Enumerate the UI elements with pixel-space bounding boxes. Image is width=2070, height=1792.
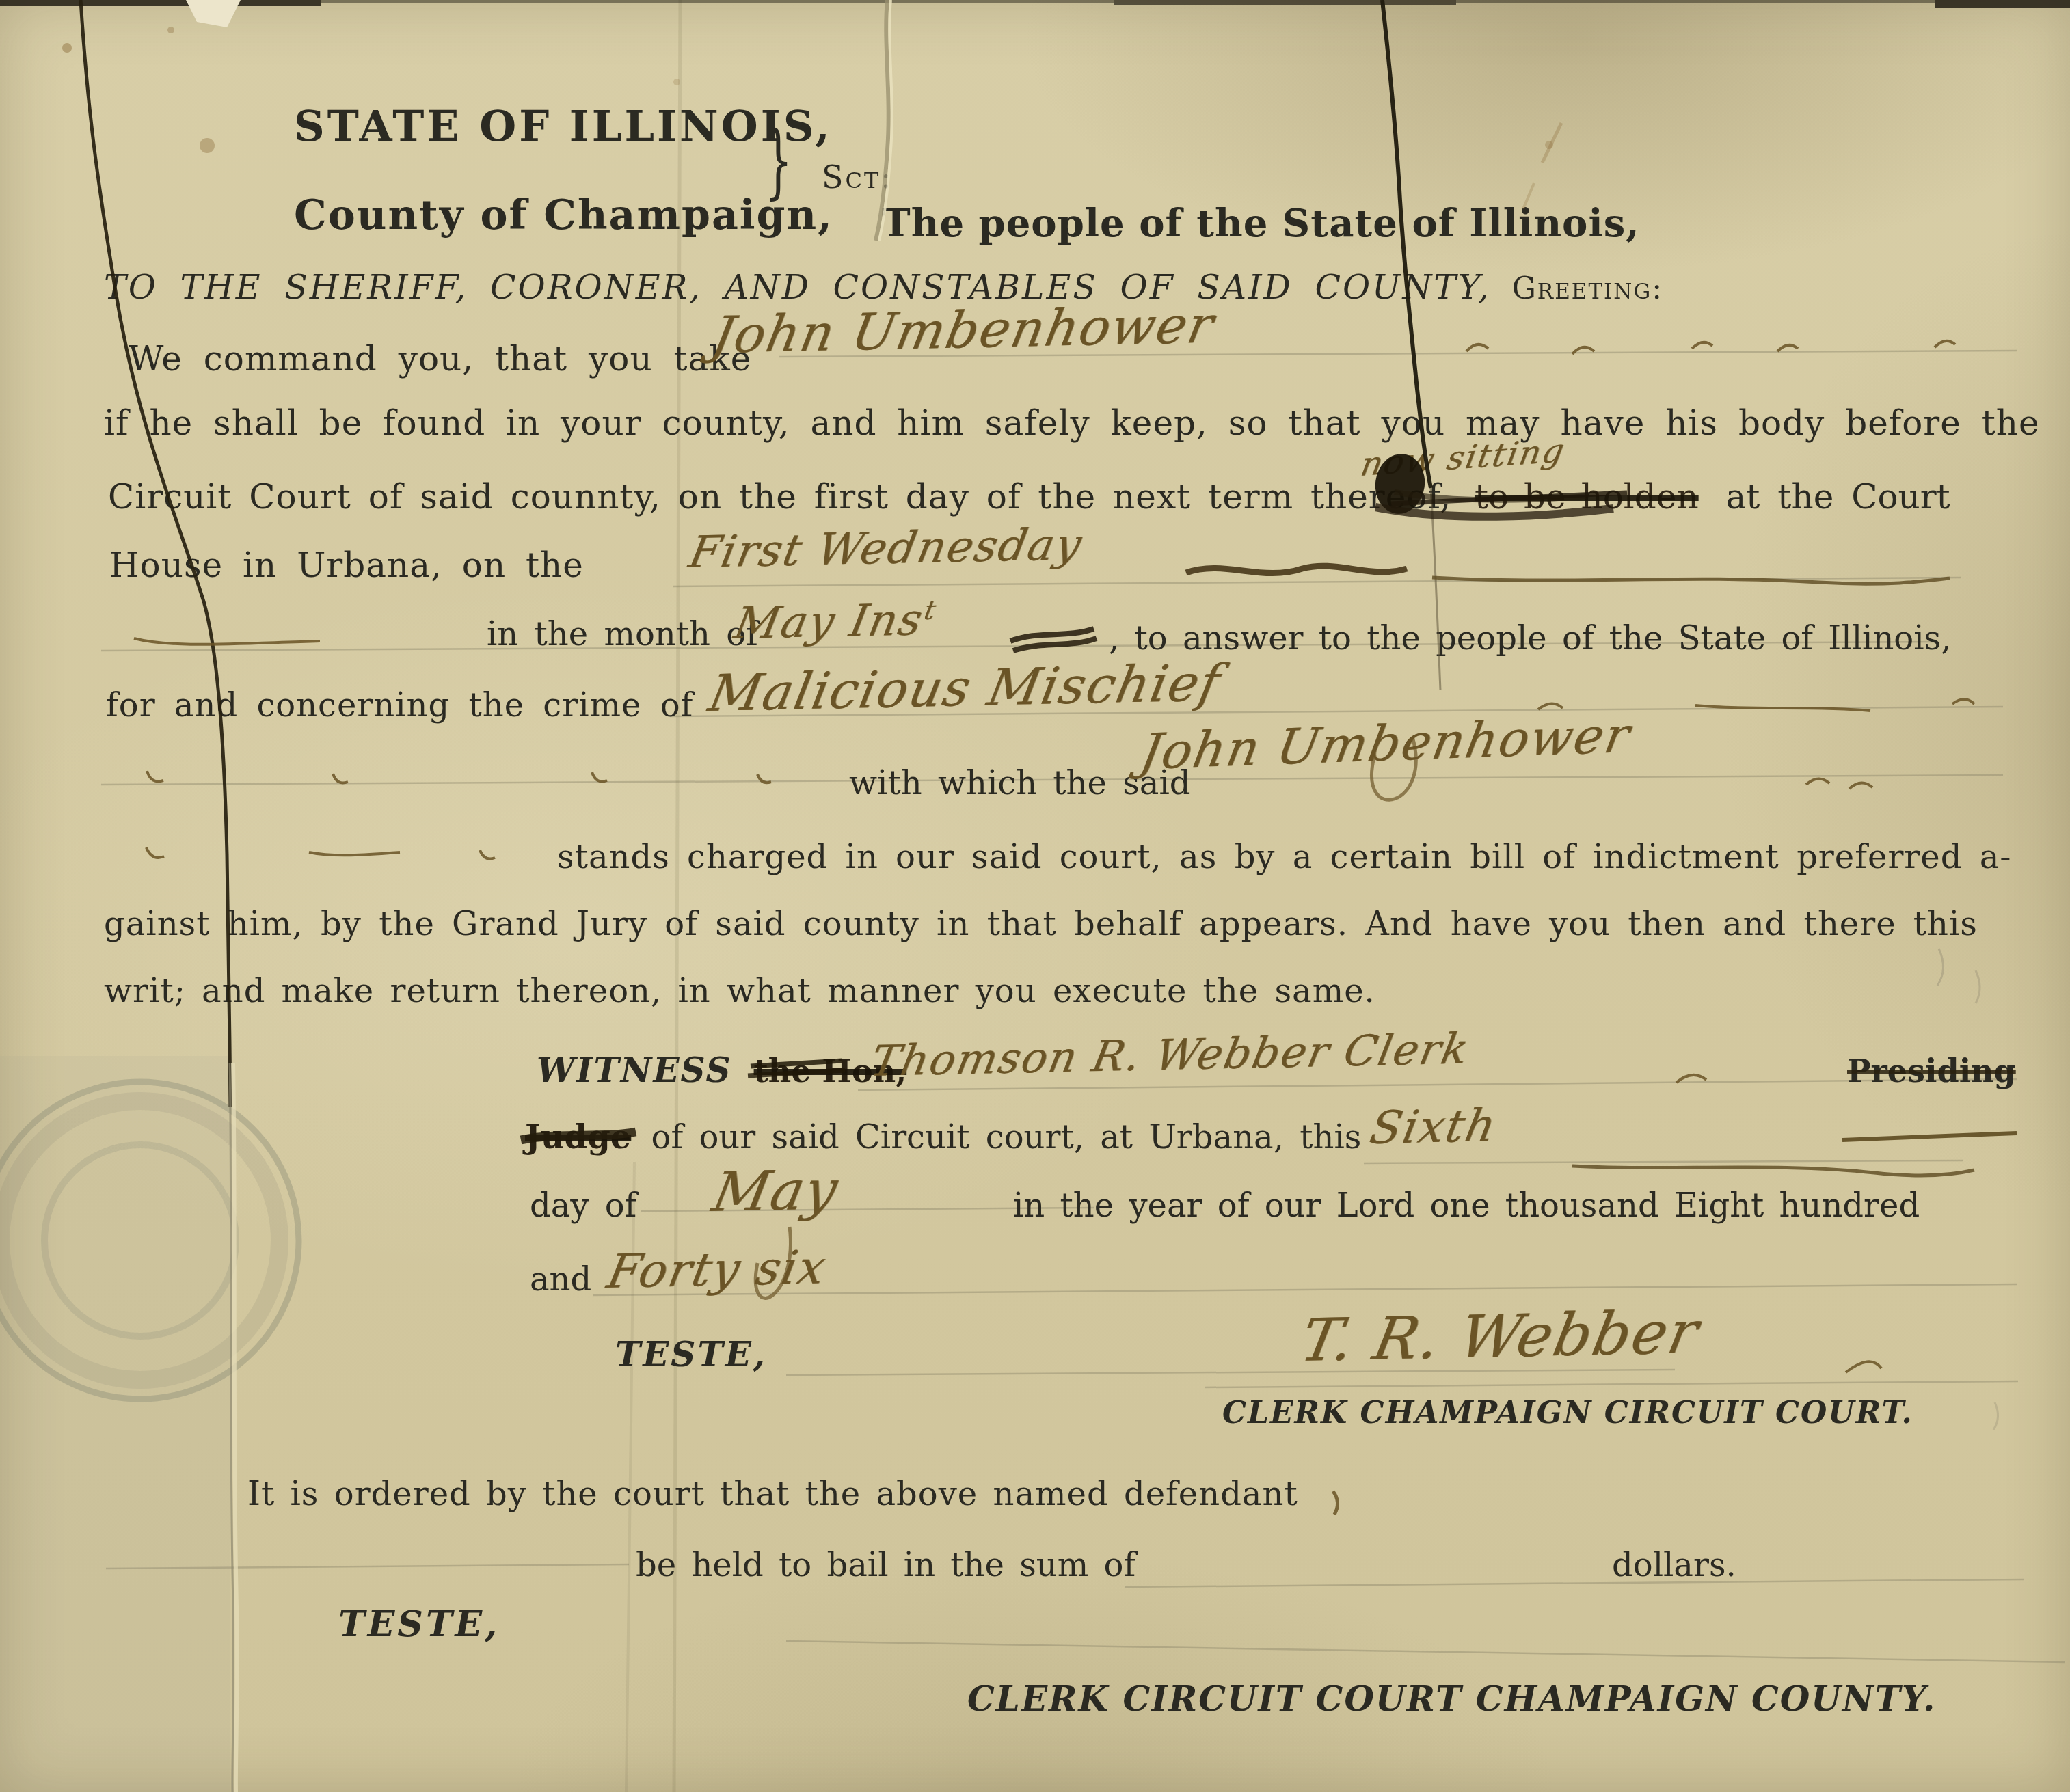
bail-line: be held to bail in the sum of xyxy=(636,1546,1135,1584)
hand-may-inst: May Inst xyxy=(730,595,939,649)
dollars-label: dollars. xyxy=(1612,1546,1736,1584)
document-scan: STATE OF ILLINOIS, } Sct: County of Cham… xyxy=(0,0,2070,1792)
hand-may-2: May xyxy=(708,1158,844,1224)
embossed-seal xyxy=(0,1082,299,1399)
header-sct-label: Sct: xyxy=(822,159,893,195)
judge-line: Judge of our said Circuit court, at Urba… xyxy=(525,1118,1361,1156)
house-line: House in Urbana, on the xyxy=(109,545,584,585)
circuit-text: Circuit Court of said counnty, on the fi… xyxy=(108,477,1451,517)
witness-label: WITNESS xyxy=(537,1050,732,1090)
header-county-line: County of Champaign, xyxy=(294,191,833,239)
day-of-label: day of xyxy=(530,1186,636,1225)
torn-notch-top-left xyxy=(186,0,241,27)
top-edge-shadows xyxy=(0,0,2070,8)
ordered-line: It is ordered by the court that the abov… xyxy=(247,1475,1298,1513)
struck-judge: Judge xyxy=(525,1118,631,1156)
answer-line: , to answer to the people of the State o… xyxy=(1109,619,1951,657)
defendant-name-2: John Umbenhower xyxy=(1136,706,1635,780)
header-state-line: STATE OF ILLINOIS, xyxy=(294,101,833,151)
command-line: We command you, that you take xyxy=(129,339,751,379)
year-line: in the year of our Lord one thousand Eig… xyxy=(1013,1186,1920,1225)
hand-forty-six: Forty six xyxy=(603,1240,831,1299)
and-label: and xyxy=(530,1260,591,1299)
address-text: TO THE SHERIFF, CORONER, AND CONSTABLES … xyxy=(104,268,1491,307)
month-print: in the month of xyxy=(487,615,758,653)
found-line: if he shall be found in your county, and… xyxy=(104,403,2040,443)
teste-label-1: TESTE, xyxy=(615,1334,767,1374)
greeting-text: Greeting: xyxy=(1512,271,1663,306)
header-people-line: The people of the State of Illinois, xyxy=(882,201,1640,246)
of-our-said-text: of our said Circuit court, at Urbana, th… xyxy=(651,1118,1362,1156)
teste-label-2: TESTE, xyxy=(338,1603,500,1645)
struck-to-be-holden: to be holden xyxy=(1475,477,1699,517)
writ-line: writ; and make return thereon, in what m… xyxy=(104,972,1375,1010)
clerk-title-1: CLERK CHAMPAIGN CIRCUIT COURT. xyxy=(1222,1396,1913,1430)
tear-line-right xyxy=(1382,0,1440,690)
faint-scratches xyxy=(1523,123,1561,209)
hand-clerk-name: Thomson R. Webber Clerk xyxy=(867,1024,1474,1086)
header-address-line: TO THE SHERIFF, CORONER, AND CONSTABLES … xyxy=(104,268,1663,307)
hand-may-inst-text: May Ins xyxy=(730,595,928,649)
gainst-line: gainst him, by the Grand Jury of said co… xyxy=(104,905,1978,943)
circuit-line: Circuit Court of said counnty, on the fi… xyxy=(108,477,1950,517)
defendant-name-1: John Umbenhower xyxy=(708,296,1220,365)
clerk-signature: T. R. Webber xyxy=(1295,1299,1705,1375)
clerk-title-2: CLERK CIRCUIT COURT CHAMPAIGN COUNTY. xyxy=(967,1679,1937,1719)
hand-first-wednesday: First Wednesday xyxy=(685,519,1087,578)
witness-line: WITNESS the Hon, xyxy=(537,1050,906,1090)
torn-strip-tint xyxy=(0,1056,230,1792)
margin-pencil-marks xyxy=(1937,949,1998,1430)
at-the-court-text: at the Court xyxy=(1726,477,1950,517)
hand-malicious-mischief: Malicious Mischief xyxy=(704,653,1226,723)
crime-print: for and concerning the crime of xyxy=(106,686,693,724)
struck-presiding: Presiding xyxy=(1847,1053,2016,1089)
hand-sixth: Sixth xyxy=(1366,1099,1501,1154)
stands-line: stands charged in our said court, as by … xyxy=(557,838,2012,876)
